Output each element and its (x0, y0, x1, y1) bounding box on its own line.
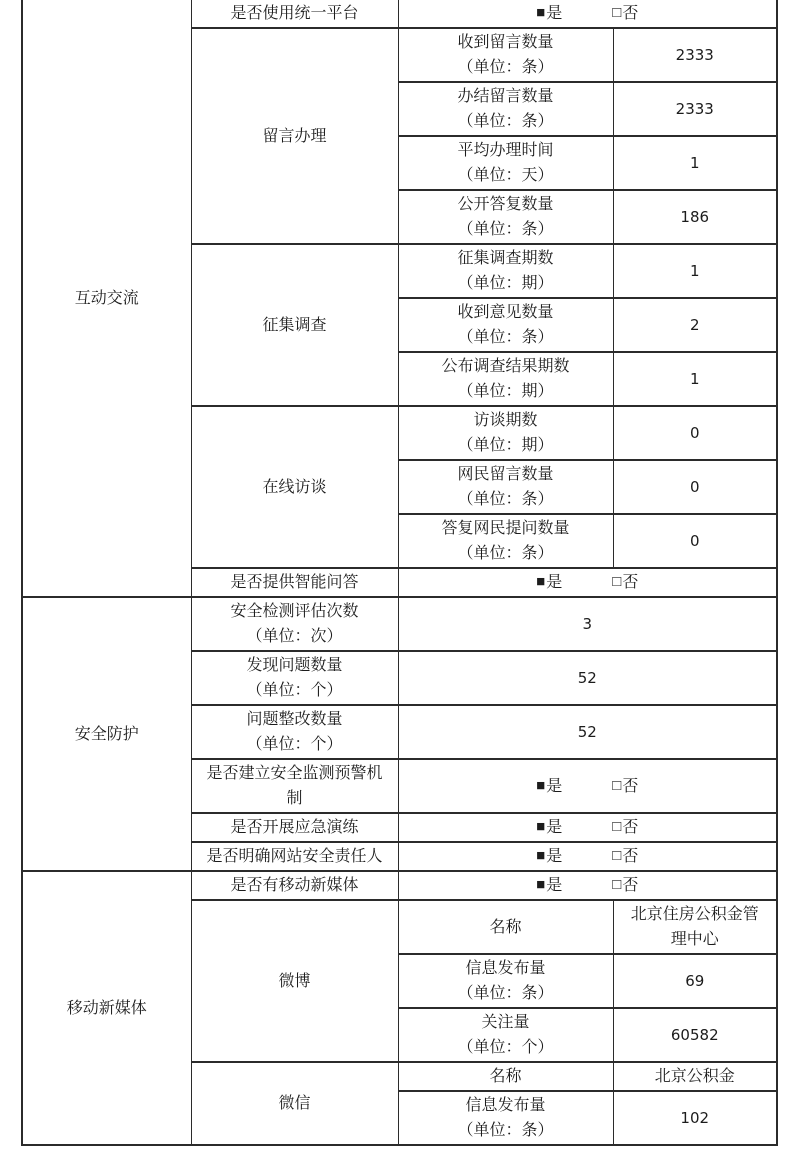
checkbox-yes: ■是 (536, 873, 562, 898)
metric-label: 收到意见数量 （单位：条） (398, 298, 613, 352)
checkbox-checked-icon: ■ (536, 815, 545, 840)
checkbox-no-label: 否 (622, 873, 638, 898)
checkbox-no: □否 (612, 815, 638, 840)
checkbox-checked-icon: ■ (536, 873, 545, 898)
question-security-owner-label: 是否明确网站安全责任人 (191, 842, 398, 871)
annual-report-table: 互动交流 是否使用统一平台 ■是 □否 留言办理 收到留言数量 （单位：条） 2… (21, 0, 778, 1146)
metric-label: 信息发布量 （单位：条） (398, 954, 613, 1008)
checkbox-no-label: 否 (622, 1, 638, 26)
metric-label-name: 名称 (398, 900, 613, 954)
answer-unified-platform: ■是 □否 (398, 0, 777, 28)
metric-value: 0 (613, 406, 777, 460)
metric-label: 网民留言数量 （单位：条） (398, 460, 613, 514)
checkbox-unchecked-icon: □ (612, 1, 621, 26)
group-title-weibo: 微博 (191, 900, 398, 1062)
group-title-message-handling: 留言办理 (191, 28, 398, 244)
metric-label: 安全检测评估次数 （单位：次） (191, 597, 398, 651)
section-title-security: 安全防护 (22, 597, 191, 871)
checkbox-unchecked-icon: □ (612, 873, 621, 898)
checkbox-checked-icon: ■ (536, 774, 545, 799)
metric-value: 2333 (613, 28, 777, 82)
metric-label: 信息发布量 （单位：条） (398, 1091, 613, 1145)
checkbox-yes-label: 是 (546, 815, 562, 840)
checkbox-yes: ■是 (536, 844, 562, 869)
checkbox-yes-label: 是 (546, 873, 562, 898)
question-emergency-drill-label: 是否开展应急演练 (191, 813, 398, 842)
metric-value: 2 (613, 298, 777, 352)
metric-value: 2333 (613, 82, 777, 136)
metric-label: 征集调查期数 （单位：期） (398, 244, 613, 298)
metric-label: 关注量 （单位：个） (398, 1008, 613, 1062)
question-has-mobile-label: 是否有移动新媒体 (191, 871, 398, 900)
answer-emergency-drill: ■是 □否 (398, 813, 777, 842)
checkbox-unchecked-icon: □ (612, 844, 621, 869)
metric-value: 0 (613, 514, 777, 568)
checkbox-no: □否 (612, 774, 638, 799)
checkbox-checked-icon: ■ (536, 570, 545, 595)
group-title-interview: 在线访谈 (191, 406, 398, 568)
metric-label-name: 名称 (398, 1062, 613, 1091)
checkbox-no-label: 否 (622, 570, 638, 595)
question-monitor-warning-label: 是否建立安全监测预警机 制 (191, 759, 398, 813)
checkbox-yes-label: 是 (546, 570, 562, 595)
metric-label: 收到留言数量 （单位：条） (398, 28, 613, 82)
metric-value: 69 (613, 954, 777, 1008)
checkbox-unchecked-icon: □ (612, 570, 621, 595)
checkbox-no: □否 (612, 844, 638, 869)
checkbox-no: □否 (612, 873, 638, 898)
metric-label: 发现问题数量 （单位：个） (191, 651, 398, 705)
report-page: 互动交流 是否使用统一平台 ■是 □否 留言办理 收到留言数量 （单位：条） 2… (0, 0, 800, 1149)
weibo-account-name: 北京住房公积金管理中心 (613, 900, 777, 954)
metric-label: 问题整改数量 （单位：个） (191, 705, 398, 759)
group-title-wechat: 微信 (191, 1062, 398, 1145)
metric-value: 52 (398, 705, 777, 759)
checkbox-checked-icon: ■ (536, 1, 545, 26)
metric-value: 3 (398, 597, 777, 651)
section-title-mobile: 移动新媒体 (22, 871, 191, 1145)
checkbox-no: □否 (612, 570, 638, 595)
metric-label: 公开答复数量 （单位：条） (398, 190, 613, 244)
answer-has-mobile: ■是 □否 (398, 871, 777, 900)
checkbox-no-label: 否 (622, 774, 638, 799)
checkbox-yes-label: 是 (546, 774, 562, 799)
checkbox-unchecked-icon: □ (612, 815, 621, 840)
checkbox-unchecked-icon: □ (612, 774, 621, 799)
metric-value: 0 (613, 460, 777, 514)
checkbox-no-label: 否 (622, 844, 638, 869)
metric-value: 186 (613, 190, 777, 244)
checkbox-yes-label: 是 (546, 1, 562, 26)
checkbox-yes-label: 是 (546, 844, 562, 869)
question-unified-platform-label: 是否使用统一平台 (191, 0, 398, 28)
metric-label: 平均办理时间 （单位：天） (398, 136, 613, 190)
checkbox-checked-icon: ■ (536, 844, 545, 869)
answer-smart-qa: ■是 □否 (398, 568, 777, 597)
metric-label: 答复网民提问数量 （单位：条） (398, 514, 613, 568)
metric-label: 访谈期数 （单位：期） (398, 406, 613, 460)
checkbox-yes: ■是 (536, 1, 562, 26)
question-smart-qa-label: 是否提供智能问答 (191, 568, 398, 597)
answer-security-owner: ■是 □否 (398, 842, 777, 871)
checkbox-yes: ■是 (536, 570, 562, 595)
wechat-account-name: 北京公积金 (613, 1062, 777, 1091)
checkbox-yes: ■是 (536, 815, 562, 840)
checkbox-no-label: 否 (622, 815, 638, 840)
metric-label: 公布调查结果期数 （单位：期） (398, 352, 613, 406)
section-title-interaction: 互动交流 (22, 0, 191, 597)
group-title-solicitation: 征集调查 (191, 244, 398, 406)
metric-value: 52 (398, 651, 777, 705)
metric-value: 1 (613, 244, 777, 298)
metric-value: 102 (613, 1091, 777, 1145)
metric-value: 1 (613, 136, 777, 190)
checkbox-yes: ■是 (536, 774, 562, 799)
checkbox-no: □否 (612, 1, 638, 26)
answer-monitor-warning: ■是 □否 (398, 759, 777, 813)
metric-label: 办结留言数量 （单位：条） (398, 82, 613, 136)
metric-value: 1 (613, 352, 777, 406)
metric-value: 60582 (613, 1008, 777, 1062)
